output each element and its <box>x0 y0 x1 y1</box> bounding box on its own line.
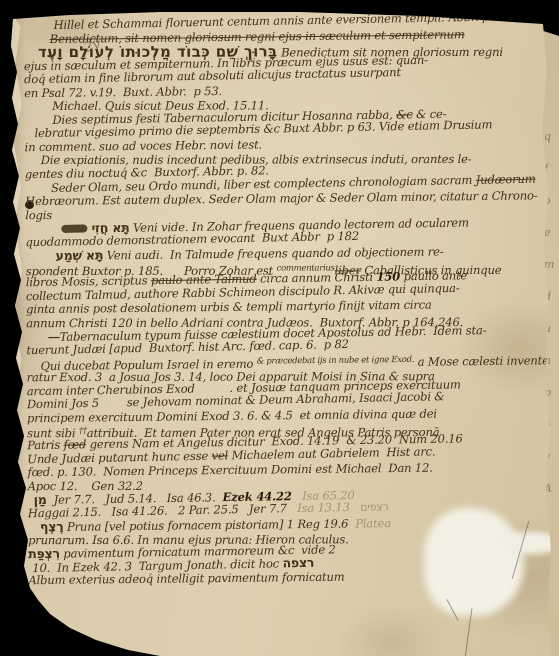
overwritten-text: 52. <box>493 9 513 23</box>
faint-hebrew-text: רצפים <box>360 500 389 514</box>
adjacent-page-text-fragment: q <box>544 130 558 143</box>
latin-text: Album exterius adeoq́ intelligit pavimen… <box>28 570 344 588</box>
manuscript-lines: Hillel et Schammai floruerunt centum ann… <box>24 15 536 588</box>
ink-blot <box>9 246 15 252</box>
inserted-text: †† <box>79 426 87 436</box>
inserted-text: & præcedebat ijs in nube et igne Exod. <box>257 355 415 367</box>
faint-text: Isa 13.13 <box>297 500 360 515</box>
latin-text: a Mose cælesti invente ado- <box>414 353 559 369</box>
struck-text: vel <box>211 448 228 462</box>
struck-text: fœd <box>63 437 86 451</box>
ink-blot-strike <box>61 225 87 233</box>
torn-left-edge <box>10 14 23 654</box>
hebrew-text: רצפה <box>282 555 314 571</box>
struck-text: — <box>48 329 60 343</box>
hebrew-text: רִצְפַּת <box>28 546 60 561</box>
latin-text: Apoc 12. Gen 32.2 <box>28 478 143 492</box>
latin-text: Veni audi. In Talmude frequens quando ad… <box>103 245 443 263</box>
manuscript-line: Hebræorum. Est autem duplex. Seder Olam … <box>25 190 532 209</box>
latin-text: en Psal 72. v.19. Buxt. Abbr. p 53. <box>24 84 222 100</box>
manuscript-page: 2v Hillel et Schammai floruerunt centum … <box>0 0 559 656</box>
adjacent-page-text-fragment: e <box>544 226 558 239</box>
struck-text: Judæorum <box>476 171 536 186</box>
photo-background: qfoemdunpovAte 2v Hillel et Schammai flo… <box>0 0 559 656</box>
latin-text: Patris <box>27 438 64 453</box>
latin-text: ginta annis post desolationem urbis & te… <box>26 298 432 317</box>
faint-text: Platea <box>355 516 391 530</box>
hebrew-text: תָּא שְׁמַע <box>56 248 104 264</box>
manuscript-line: fœd. p. 130. Nomen Princeps Exercituum D… <box>27 461 534 480</box>
adjacent-page-text-fragment: m <box>544 258 558 271</box>
latin-text: logis <box>25 208 52 222</box>
hebrew-text: רֶצֶף <box>40 519 64 534</box>
adjacent-page-text-fragment: n <box>544 354 558 367</box>
